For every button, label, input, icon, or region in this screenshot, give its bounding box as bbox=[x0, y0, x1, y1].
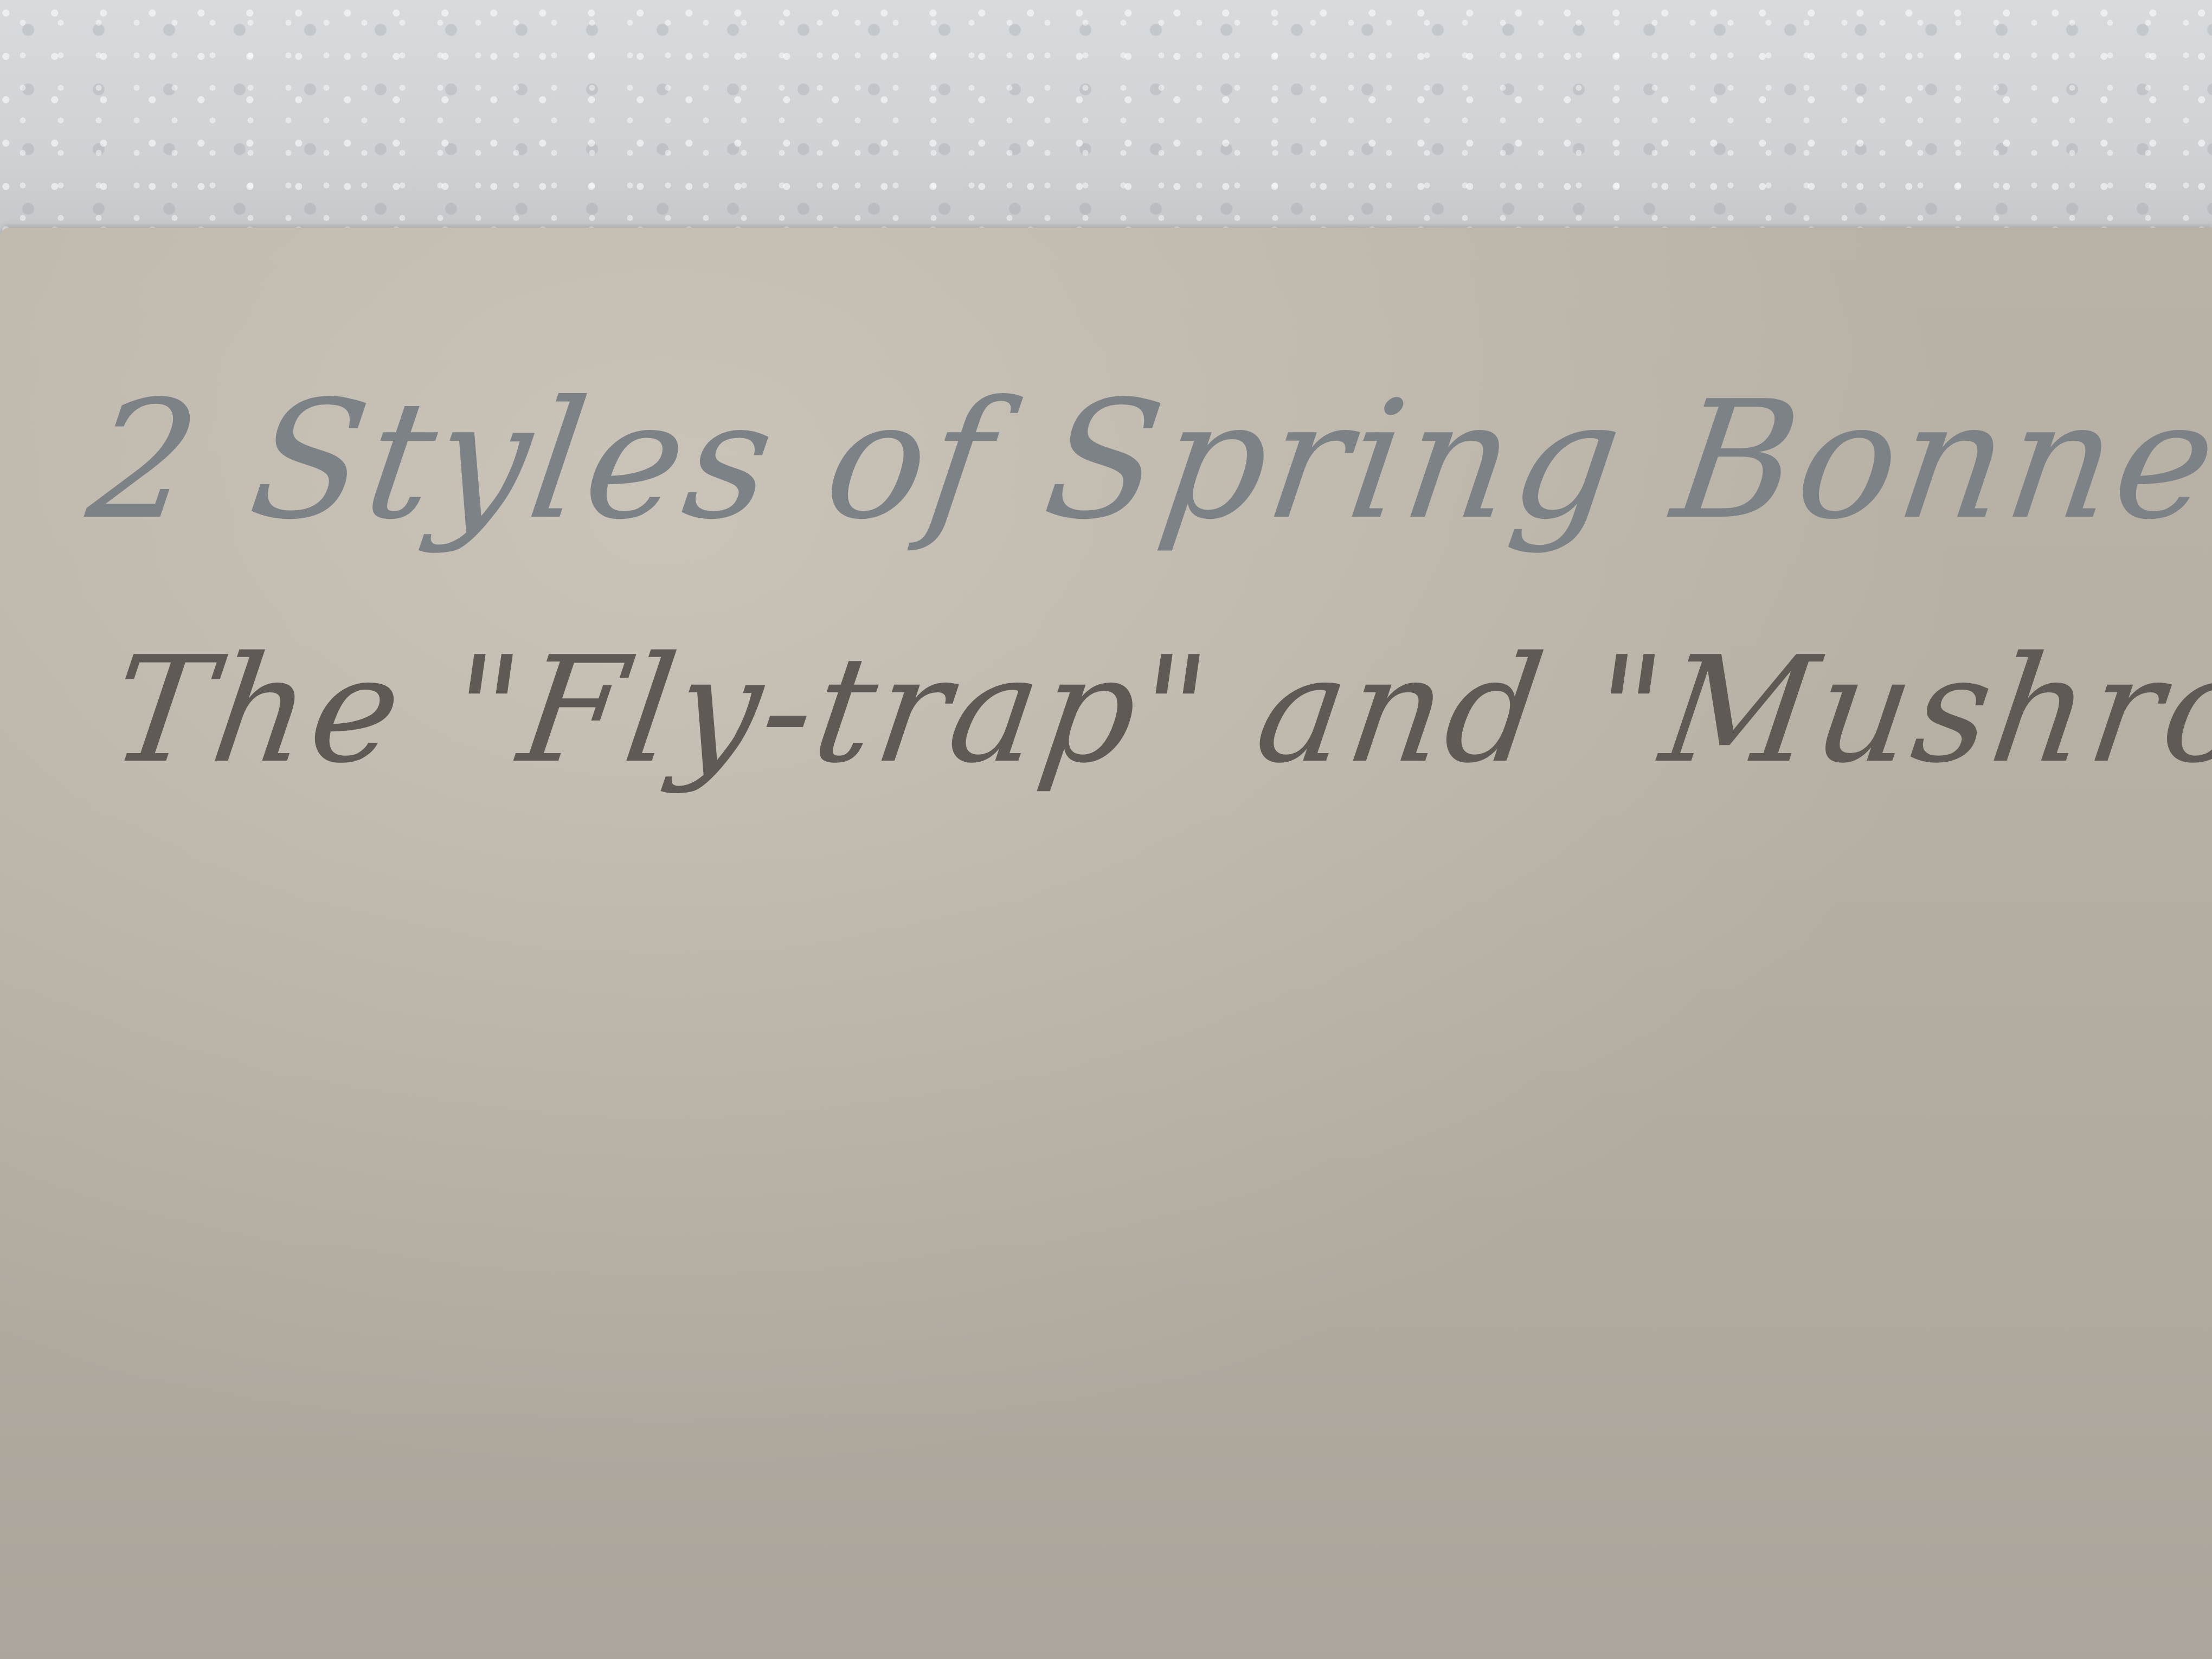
note-line-title: 2 Styles of Spring Bonnets. bbox=[76, 347, 2195, 575]
paper-card: 2 Styles of Spring Bonnets. The "Fly-tra… bbox=[0, 228, 2212, 1659]
textured-background-surface bbox=[0, 0, 2212, 255]
handwritten-note: 2 Styles of Spring Bonnets. The "Fly-tra… bbox=[92, 347, 2179, 813]
note-line-subtitle: The "Fly-trap" and "Mushroom" - bbox=[99, 607, 2194, 813]
